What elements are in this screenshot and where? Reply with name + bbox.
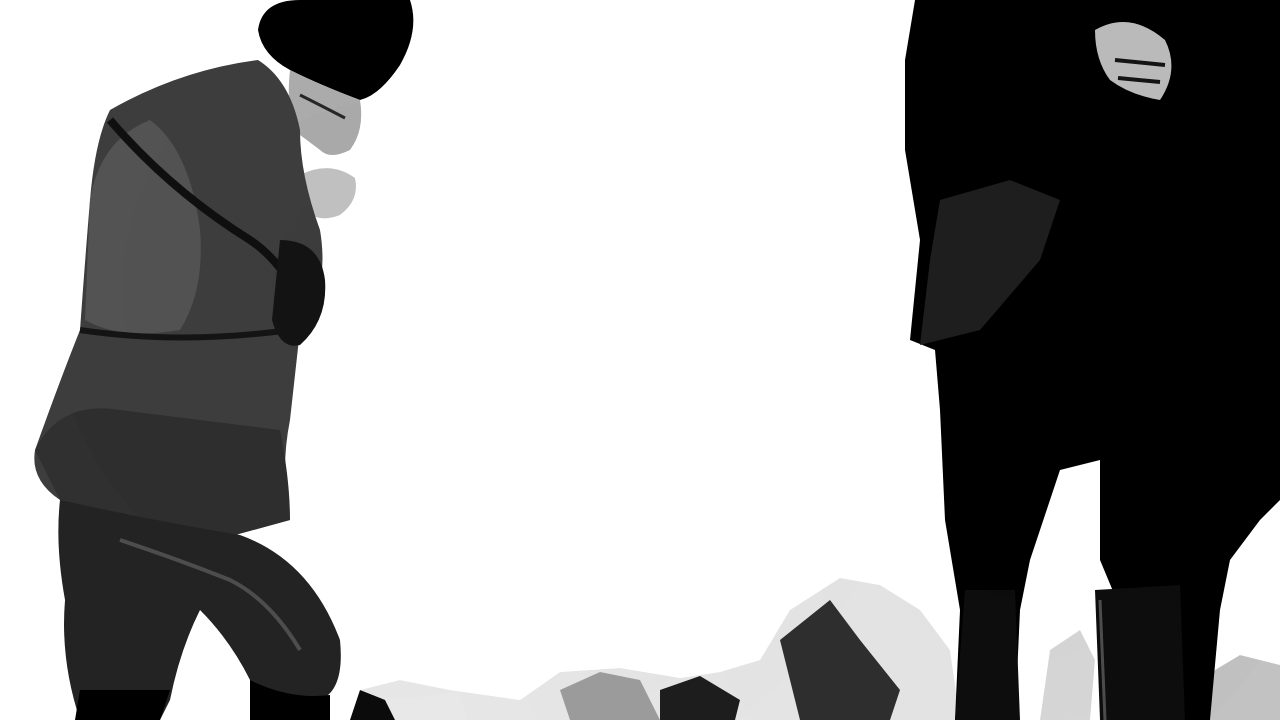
photo-scene bbox=[0, 0, 1280, 720]
photograph bbox=[0, 0, 1280, 720]
right-figure bbox=[905, 0, 1280, 720]
left-figure bbox=[34, 0, 413, 720]
